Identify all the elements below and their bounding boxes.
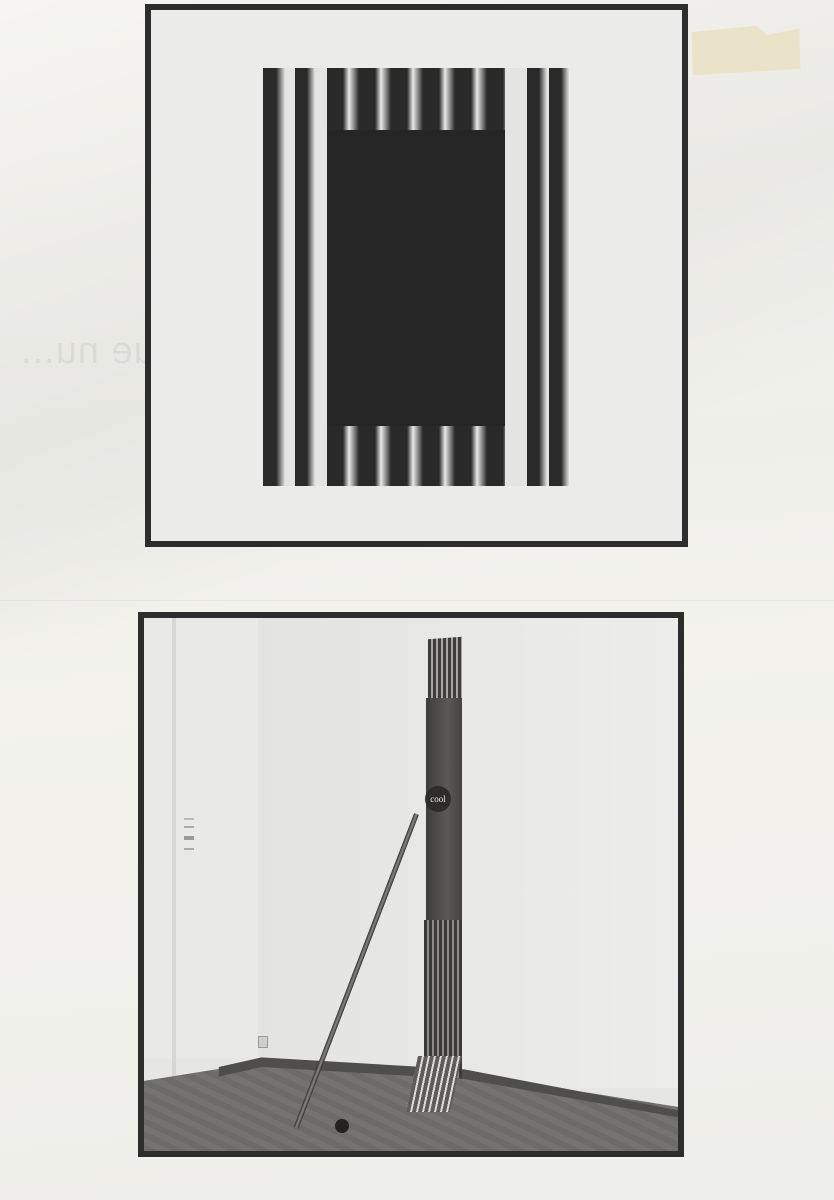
page-fold (0, 600, 834, 601)
striped-painting (263, 68, 569, 486)
painting-stripe (295, 68, 315, 486)
door-frame (172, 618, 176, 1078)
room-wall-left (144, 618, 258, 1058)
sculpture-disc: cool (425, 786, 451, 812)
painting-stripe (263, 68, 285, 486)
painting-stripe (549, 68, 569, 486)
power-socket-icon (258, 1036, 268, 1048)
painting-stripe (527, 68, 547, 486)
light-switch-icon (184, 818, 194, 858)
tape-residue (691, 25, 800, 76)
sculpture-top-ribs (428, 637, 462, 701)
bottom-photo-frame: cool (138, 612, 684, 1157)
painting-center-block (327, 130, 505, 426)
room-wall (258, 618, 678, 1088)
sculpture-lower-ribs (424, 920, 462, 1078)
leaning-sculpture: cool (422, 636, 464, 1112)
top-photo-frame (145, 4, 688, 547)
rod-knob (335, 1119, 349, 1133)
